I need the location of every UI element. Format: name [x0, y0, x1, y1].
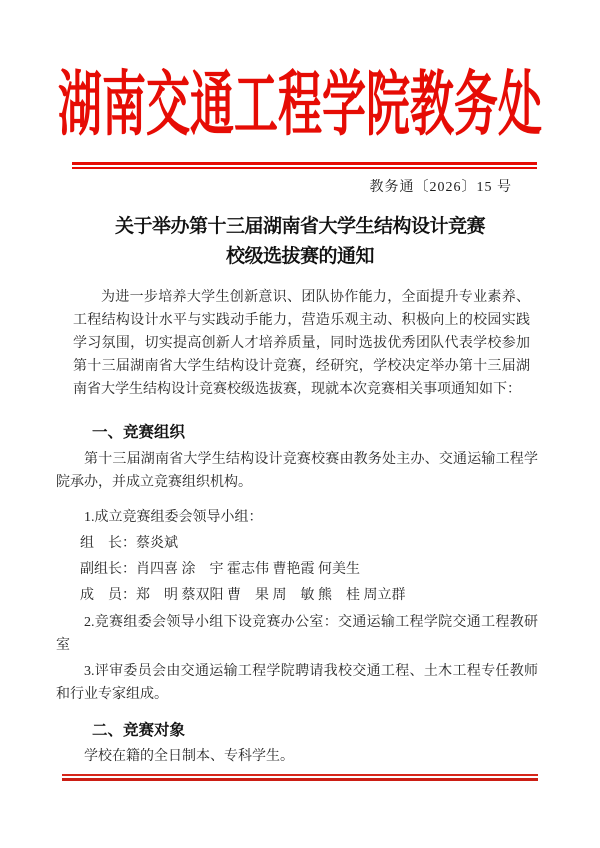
section-competition-participants: 二、竞赛对象 学校在籍的全日制本、专科学生。: [56, 720, 538, 768]
letterhead-rule-thick: [72, 162, 537, 165]
document-body: 为进一步培养大学生创新意识、团队协作能力，全面提升专业素养、工程结构设计水平与实…: [0, 286, 600, 768]
letterhead-rule-thin: [72, 167, 537, 169]
roster-leader-line: 组 长：蔡炎斌: [80, 531, 538, 557]
notice-title: 关于举办第十三届湖南省大学生结构设计竞赛 校级选拔赛的通知: [0, 212, 600, 271]
notice-title-line1: 关于举办第十三届湖南省大学生结构设计竞赛: [0, 212, 600, 242]
roster-member-line: 成 员：郑 明 蔡双阳 曹 果 周 敏 熊 桂 周立群: [80, 583, 538, 609]
section-heading-1: 一、竞赛组织: [56, 422, 538, 444]
footer-rule-thick: [62, 778, 538, 781]
doc-number: 教务通〔2026〕15 号: [370, 179, 513, 197]
leadership-roster: 组 长：蔡炎斌 副组长：肖四喜 涂 宇 霍志伟 曹艳霞 何美生 成 员：郑 明 …: [56, 531, 538, 609]
footer-rule-thin: [62, 774, 538, 776]
section1-item2: 2.竞赛组委会领导小组下设竞赛办公室：交通运输工程学院交通工程教研室: [56, 611, 538, 657]
section1-item1: 1.成立竞赛组委会领导小组：: [56, 506, 538, 529]
roster-deputy-line: 副组长：肖四喜 涂 宇 霍志伟 曹艳霞 何美生: [80, 557, 538, 583]
notice-title-line2: 校级选拔赛的通知: [0, 242, 600, 272]
section-heading-2: 二、竞赛对象: [56, 720, 538, 742]
section-competition-organization: 一、竞赛组织 第十三届湖南省大学生结构设计竞赛校赛由教务处主办、交通运输工程学院…: [56, 422, 538, 706]
section1-paragraph: 第十三届湖南省大学生结构设计竞赛校赛由教务处主办、交通运输工程学院承办，并成立竞…: [56, 448, 538, 494]
intro-paragraph: 为进一步培养大学生创新意识、团队协作能力，全面提升专业素养、工程结构设计水平与实…: [73, 286, 530, 401]
document-page: 湖南交通工程学院教务处 教务通〔2026〕15 号 关于举办第十三届湖南省大学生…: [0, 0, 600, 848]
section1-item3: 3.评审委员会由交通运输工程学院聘请我校交通工程、土木工程专任教师和行业专家组成…: [56, 660, 538, 706]
section2-paragraph: 学校在籍的全日制本、专科学生。: [56, 745, 538, 768]
letterhead-org-title: 湖南交通工程学院教务处: [0, 71, 600, 141]
